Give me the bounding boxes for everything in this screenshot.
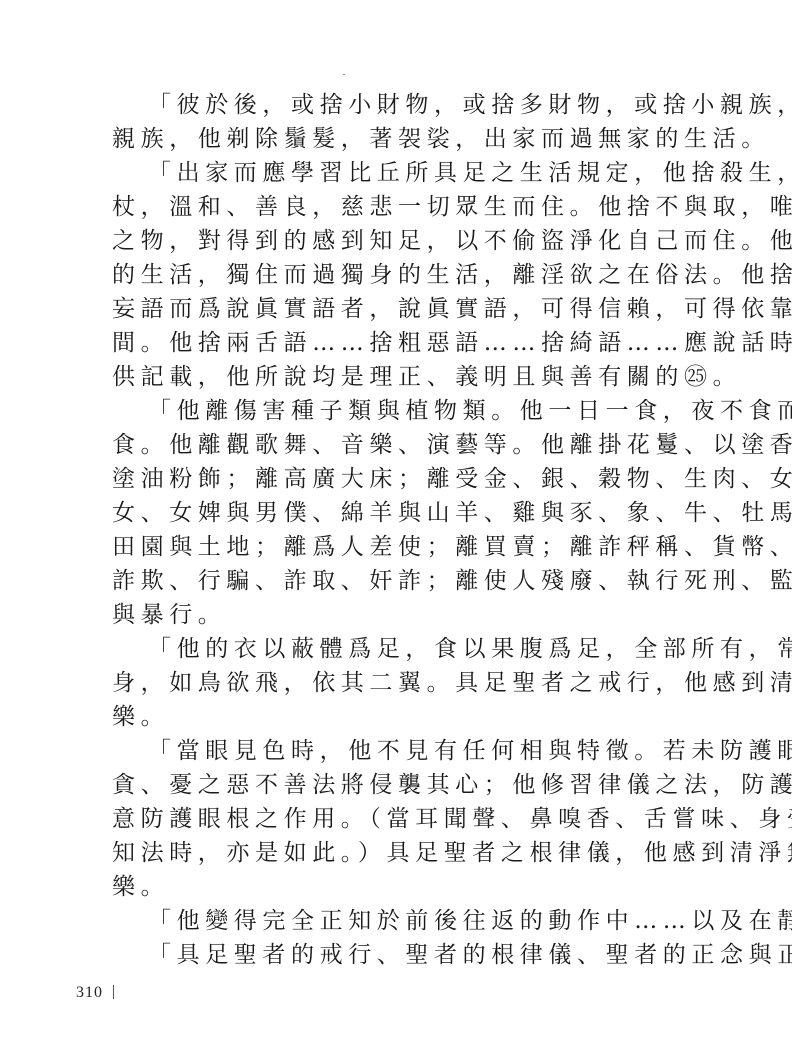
line-text: 女、女婢與男僕、綿羊與山羊、雞與豕、象、牛、牡馬與牝馬、 xyxy=(112,496,694,530)
text-line: 之物，對得到的感到知足，以不偷盜淨化自己而住。他捨非梵行 xyxy=(112,224,694,258)
book-page: 「彼於後，或捨小財物，或捨多財物，或捨小親族，或捨多 親族，他剃除鬚髮，著袈裟，… xyxy=(0,0,792,1056)
printer-mark xyxy=(343,74,345,75)
text-line: 「當眼見色時，他不見有任何相與特徵。若未防護眼根， xyxy=(112,734,694,768)
line-text: 「具足聖者的戒行、聖者的根律儀、聖者的正念與正知，他 xyxy=(148,938,694,972)
text-line: 「具足聖者的戒行、聖者的根律儀、聖者的正念與正知，他 xyxy=(112,938,694,972)
line-text: 供記載，他所說均是理正、義明且與善有關的㉕。 xyxy=(112,360,741,394)
line-text: 親族，他剃除鬚髮，著袈裟，出家而過無家的生活。 xyxy=(112,122,770,156)
line-text: 「他變得完全正知於前後往返的動作中……以及在靜默中㉖。 xyxy=(148,904,792,938)
line-text: 食。他離觀歌舞、音樂、演藝等。他離掛花鬘、以塗香莊嚴、以 xyxy=(112,428,694,462)
paragraph: 「具足聖者的戒行、聖者的根律儀、聖者的正念與正知，他 xyxy=(112,938,694,972)
text-line: 食。他離觀歌舞、音樂、演藝等。他離掛花鬘、以塗香莊嚴、以 xyxy=(112,428,694,462)
page-footer: 310 xyxy=(76,984,114,1002)
line-text: 塗油粉飾；離高廣大床；離受金、銀、穀物、生肉、女人與童 xyxy=(112,462,694,496)
text-line: 杖，溫和、善良，慈悲一切眾生而住。他捨不與取，唯取人施捨 xyxy=(112,190,694,224)
paragraph: 「當眼見色時，他不見有任何相與特徵。若未防護眼根， 貪、憂之惡不善法將侵襲其心；… xyxy=(112,734,694,904)
text-line: 間。他捨兩舌語……捨粗惡語……捨綺語……應說話時說話，堪 xyxy=(112,326,694,360)
line-text: 「彼於後，或捨小財物，或捨多財物，或捨小親族，或捨多 xyxy=(148,88,694,122)
text-line: 田園與土地；離爲人差使；離買賣；離詐秤稱、貨幣、度量；離 xyxy=(112,530,694,564)
text-line: 樂。 xyxy=(112,870,694,904)
text-line: 樂。 xyxy=(112,700,694,734)
body-text: 「彼於後，或捨小財物，或捨多財物，或捨小親族，或捨多 親族，他剃除鬚髮，著袈裟，… xyxy=(112,88,694,972)
line-text: 樂。 xyxy=(112,700,169,734)
line-text: 「他的衣以蔽體爲足，食以果腹爲足，全部所有，常隨其 xyxy=(148,632,694,666)
text-line: 女、女婢與男僕、綿羊與山羊、雞與豕、象、牛、牡馬與牝馬、 xyxy=(112,496,694,530)
line-text: 身，如鳥欲飛，依其二翼。具足聖者之戒行，他感到清淨無瑕之 xyxy=(112,666,694,700)
text-line: 供記載，他所說均是理正、義明且與善有關的㉕。 xyxy=(112,360,694,394)
line-text: 的生活，獨住而過獨身的生活，離淫欲之在俗法。他捨妄語，離 xyxy=(112,258,694,292)
paragraph: 「他變得完全正知於前後往返的動作中……以及在靜默中㉖。 xyxy=(112,904,694,938)
text-line: 「彼於後，或捨小財物，或捨多財物，或捨小親族，或捨多 xyxy=(112,88,694,122)
text-line: 親族，他剃除鬚髮，著袈裟，出家而過無家的生活。 xyxy=(112,122,694,156)
text-line: 「出家而應學習比丘所具足之生活規定，他捨殺生，放下刀 xyxy=(112,156,694,190)
line-text: 詐欺、行騙、詐取、奸詐；離使人殘廢、執行死刑、監禁、掠奪 xyxy=(112,564,694,598)
text-line: 意防護眼根之作用。（當耳聞聲、鼻嗅香、舌嘗味、身受觸、意 xyxy=(112,802,694,836)
text-line: 的生活，獨住而過獨身的生活，離淫欲之在俗法。他捨妄語，離 xyxy=(112,258,694,292)
line-text: 樂。 xyxy=(112,870,169,904)
line-text: 貪、憂之惡不善法將侵襲其心；他修習律儀之法，防護眼根，注 xyxy=(112,768,694,802)
text-line: 塗油粉飾；離高廣大床；離受金、銀、穀物、生肉、女人與童 xyxy=(112,462,694,496)
paragraph: 「彼於後，或捨小財物，或捨多財物，或捨小親族，或捨多 親族，他剃除鬚髮，著袈裟，… xyxy=(112,88,694,156)
text-line: 「他的衣以蔽體爲足，食以果腹爲足，全部所有，常隨其 xyxy=(112,632,694,666)
line-text: 「出家而應學習比丘所具足之生活規定，他捨殺生，放下刀 xyxy=(148,156,694,190)
line-text: 知法時，亦是如此。）具足聖者之根律儀，他感到清淨無染之 xyxy=(112,836,694,870)
line-text: 之物，對得到的感到知足，以不偷盜淨化自己而住。他捨非梵行 xyxy=(112,224,694,258)
line-text: 與暴行。 xyxy=(112,598,226,632)
line-text: 「當眼見色時，他不見有任何相與特徵。若未防護眼根， xyxy=(148,734,694,768)
paragraph: 「他離傷害種子類與植物類。他一日一食，夜不食而離非時 食。他離觀歌舞、音樂、演藝… xyxy=(112,394,694,632)
line-text: 意防護眼根之作用。（當耳聞聲、鼻嗅香、舌嘗味、身受觸、意 xyxy=(112,802,694,836)
line-text: 妄語而爲說眞實語者，說眞實語，可得信賴，可得依靠，不欺世 xyxy=(112,292,694,326)
text-line: 「他變得完全正知於前後往返的動作中……以及在靜默中㉖。 xyxy=(112,904,694,938)
text-line: 身，如鳥欲飛，依其二翼。具足聖者之戒行，他感到清淨無瑕之 xyxy=(112,666,694,700)
text-line: 妄語而爲說眞實語者，說眞實語，可得信賴，可得依靠，不欺世 xyxy=(112,292,694,326)
text-line: 詐欺、行騙、詐取、奸詐；離使人殘廢、執行死刑、監禁、掠奪 xyxy=(112,564,694,598)
text-line: 貪、憂之惡不善法將侵襲其心；他修習律儀之法，防護眼根，注 xyxy=(112,768,694,802)
paragraph: 「出家而應學習比丘所具足之生活規定，他捨殺生，放下刀 杖，溫和、善良，慈悲一切眾… xyxy=(112,156,694,394)
line-text: 間。他捨兩舌語……捨粗惡語……捨綺語……應說話時說話，堪 xyxy=(112,326,694,360)
text-line: 「他離傷害種子類與植物類。他一日一食，夜不食而離非時 xyxy=(112,394,694,428)
line-text: 「他離傷害種子類與植物類。他一日一食，夜不食而離非時 xyxy=(148,394,694,428)
line-text: 田園與土地；離爲人差使；離買賣；離詐秤稱、貨幣、度量；離 xyxy=(112,530,694,564)
page-number: 310 xyxy=(76,984,103,1001)
line-text: 杖，溫和、善良，慈悲一切眾生而住。他捨不與取，唯取人施捨 xyxy=(112,190,694,224)
text-line: 與暴行。 xyxy=(112,598,694,632)
footer-divider xyxy=(113,985,114,999)
paragraph: 「他的衣以蔽體爲足，食以果腹爲足，全部所有，常隨其 身，如鳥欲飛，依其二翼。具足… xyxy=(112,632,694,734)
text-line: 知法時，亦是如此。）具足聖者之根律儀，他感到清淨無染之 xyxy=(112,836,694,870)
